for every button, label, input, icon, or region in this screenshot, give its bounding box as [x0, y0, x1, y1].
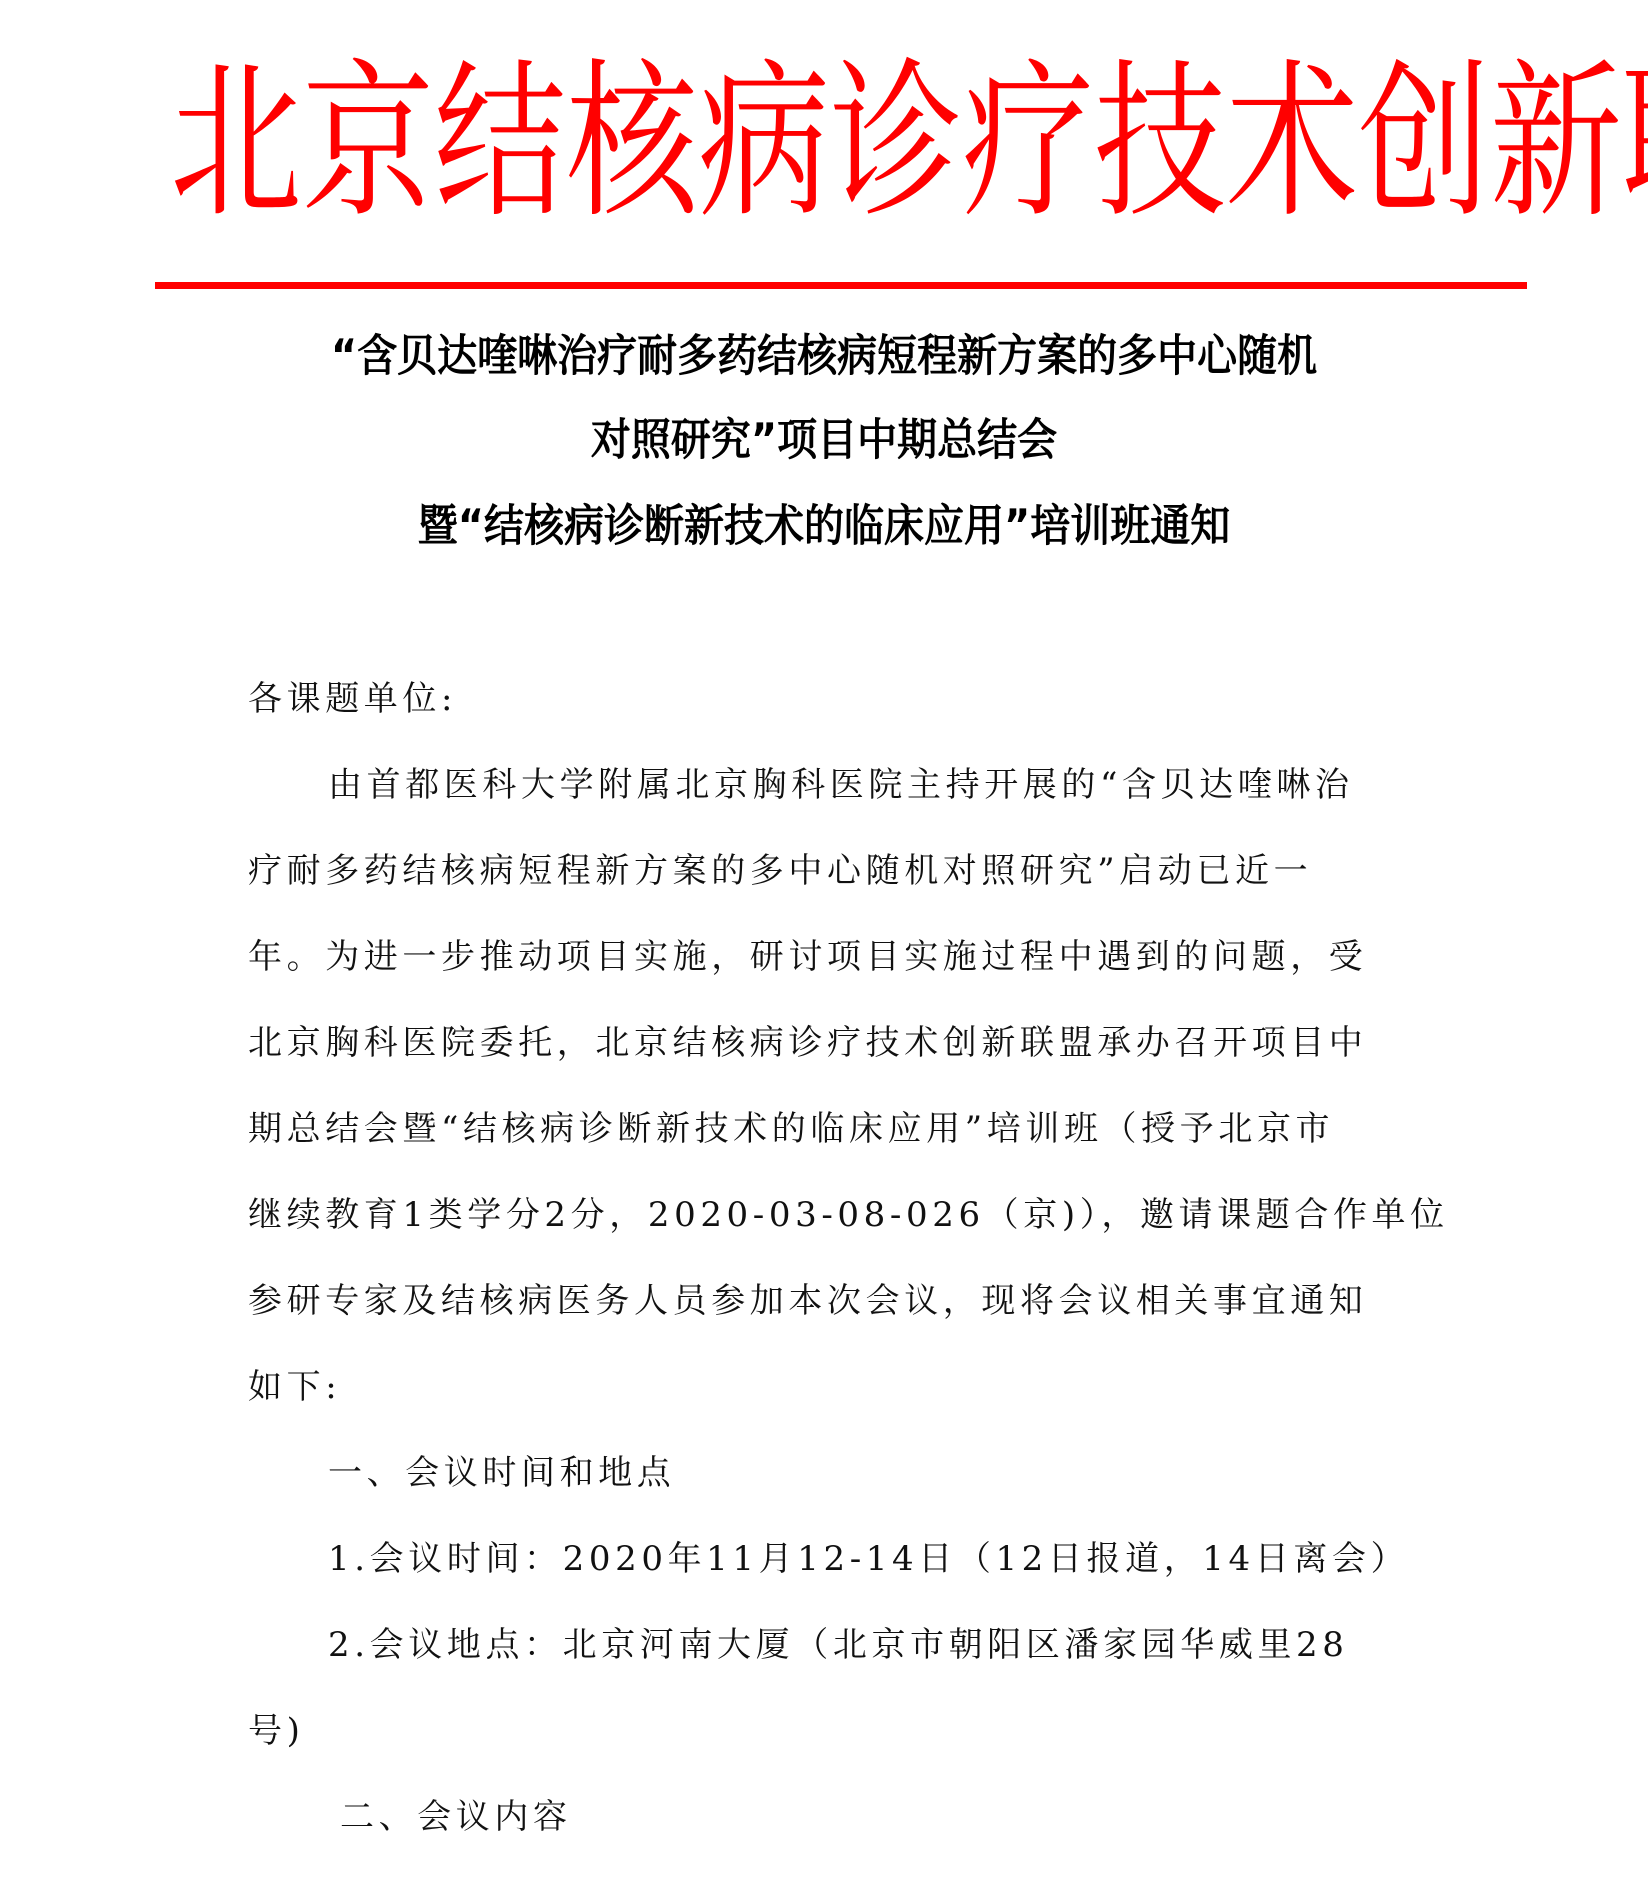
letterhead-char: 核	[566, 59, 698, 228]
letterhead-char: 京	[302, 59, 434, 228]
letterhead-char: 疗	[962, 59, 1094, 228]
paragraph-line: 期总结会暨“结核病诊断新技术的临床应用”培训班（授予北京市	[248, 1112, 1378, 1146]
letterhead-org-name: 北 京 结 核 病 诊 疗 技 术 创 新 联 盟	[170, 21, 1510, 264]
paragraph-line: 北京胸科医院委托，北京结核病诊疗技术创新联盟承办召开项目中	[248, 1026, 1378, 1060]
paragraph-line: 年。为进一步推动项目实施，研讨项目实施过程中遇到的问题，受	[248, 940, 1378, 974]
paragraph-line: 由首都医科大学附属北京胸科医院主持开展的“含贝达喹啉治	[328, 768, 1458, 802]
letterhead-char: 新	[1490, 59, 1622, 228]
letterhead-char: 诊	[830, 59, 962, 228]
letterhead-char: 联	[1622, 59, 1648, 228]
document-title-line-2: 对照研究”项目中期总结会	[0, 418, 1648, 462]
paragraph-line: 参研专家及结核病医务人员参加本次会议，现将会议相关事宜通知	[248, 1284, 1378, 1318]
letterhead-char: 术	[1226, 59, 1358, 228]
letterhead-char: 结	[434, 59, 566, 228]
paragraph-line: 疗耐多药结核病短程新方案的多中心随机对照研究”启动已近一	[248, 854, 1378, 888]
letterhead-divider	[155, 282, 1527, 289]
meeting-time-item: 1.会议时间：2020年11月12-14日（12日报道，14日离会）	[328, 1542, 1458, 1576]
section-heading-content: 二、会议内容	[340, 1800, 1470, 1834]
letterhead-char: 创	[1358, 59, 1490, 228]
salutation: 各课题单位:	[248, 682, 1378, 716]
meeting-location-item: 2.会议地点：北京河南大厦（北京市朝阳区潘家园华威里28	[328, 1628, 1458, 1662]
paragraph-line: 继续教育1类学分2分，2020-03-08-026（京)），邀请课题合作单位	[248, 1198, 1378, 1232]
meeting-location-item-continued: 号)	[248, 1714, 1378, 1748]
document-title-line-3: 暨“结核病诊断新技术的临床应用”培训班通知	[0, 504, 1648, 548]
letterhead-char: 病	[698, 59, 830, 228]
letterhead-char: 技	[1094, 59, 1226, 228]
paragraph-line: 如下:	[248, 1370, 1378, 1404]
document-title-line-1: “含贝达喹啉治疗耐多药结核病短程新方案的多中心随机	[0, 334, 1648, 378]
section-heading-time-location: 一、会议时间和地点	[328, 1456, 1458, 1490]
letterhead-char: 北	[170, 59, 302, 228]
